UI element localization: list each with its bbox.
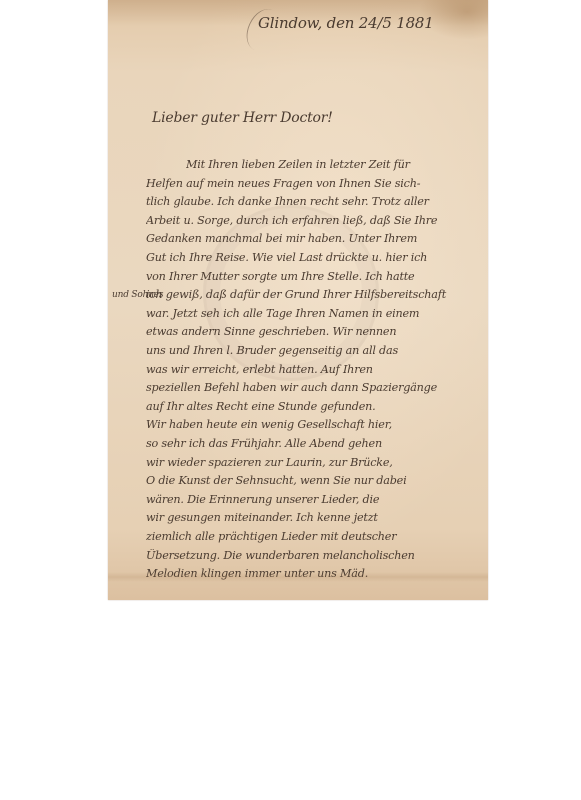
- letter-line: Wir haben heute ein wenig Gesellschaft h…: [146, 418, 476, 431]
- letter-line: so sehr ich das Frühjahr. Alle Abend geh…: [146, 437, 476, 450]
- letter-line: Mit Ihren lieben Zeilen in letzter Zeit …: [186, 158, 516, 171]
- letter-line: tlich glaube. Ich danke Ihnen recht sehr…: [146, 195, 476, 208]
- letter-line: war. Jetzt seh ich alle Tage Ihren Namen…: [146, 307, 476, 320]
- letter-line: auf Ihr altes Recht eine Stunde gefunden…: [146, 400, 476, 413]
- letter-line: Gedanken manchmal bei mir haben. Unter I…: [146, 232, 476, 245]
- letter-dateline: Glindow, den 24/5 1881: [258, 14, 434, 32]
- letter-line: O die Kunst der Sehnsucht, wenn Sie nur …: [146, 474, 476, 487]
- letter-line: wir gesungen miteinander. Ich kenne jetz…: [146, 511, 476, 524]
- letter-line: Melodien klingen immer unter uns Mäd.: [146, 567, 476, 580]
- letter-line: wären. Die Erinnerung unserer Lieder, di…: [146, 493, 476, 506]
- letter-line: von Ihrer Mutter sorgte um Ihre Stelle. …: [146, 270, 476, 283]
- letter-salutation: Lieber guter Herr Doctor!: [152, 110, 333, 126]
- letter-line: Gut ich Ihre Reise. Wie viel Last drückt…: [146, 251, 476, 264]
- letter-line: was wir erreicht, erlebt hatten. Auf Ihr…: [146, 363, 476, 376]
- letter-line: Helfen auf mein neues Fragen von Ihnen S…: [146, 177, 476, 190]
- letter-line: Arbeit u. Sorge, durch ich erfahren ließ…: [146, 214, 476, 227]
- letter-line: ziemlich alle prächtigen Lieder mit deut…: [146, 530, 476, 543]
- letter-line: Übersetzung. Die wunderbaren melancholis…: [146, 549, 476, 562]
- letter-line: speziellen Befehl haben wir auch dann Sp…: [146, 381, 476, 394]
- letter-line: ich gewiß, daß dafür der Grund Ihrer Hil…: [146, 288, 476, 301]
- letter-line: wir wieder spazieren zur Laurin, zur Brü…: [146, 456, 476, 469]
- letter-line: etwas andern Sinne geschrieben. Wir nenn…: [146, 325, 476, 338]
- letter-line: uns und Ihren l. Bruder gegenseitig an a…: [146, 344, 476, 357]
- letter-page: Glindow, den 24/5 1881 Lieber guter Herr…: [108, 0, 488, 600]
